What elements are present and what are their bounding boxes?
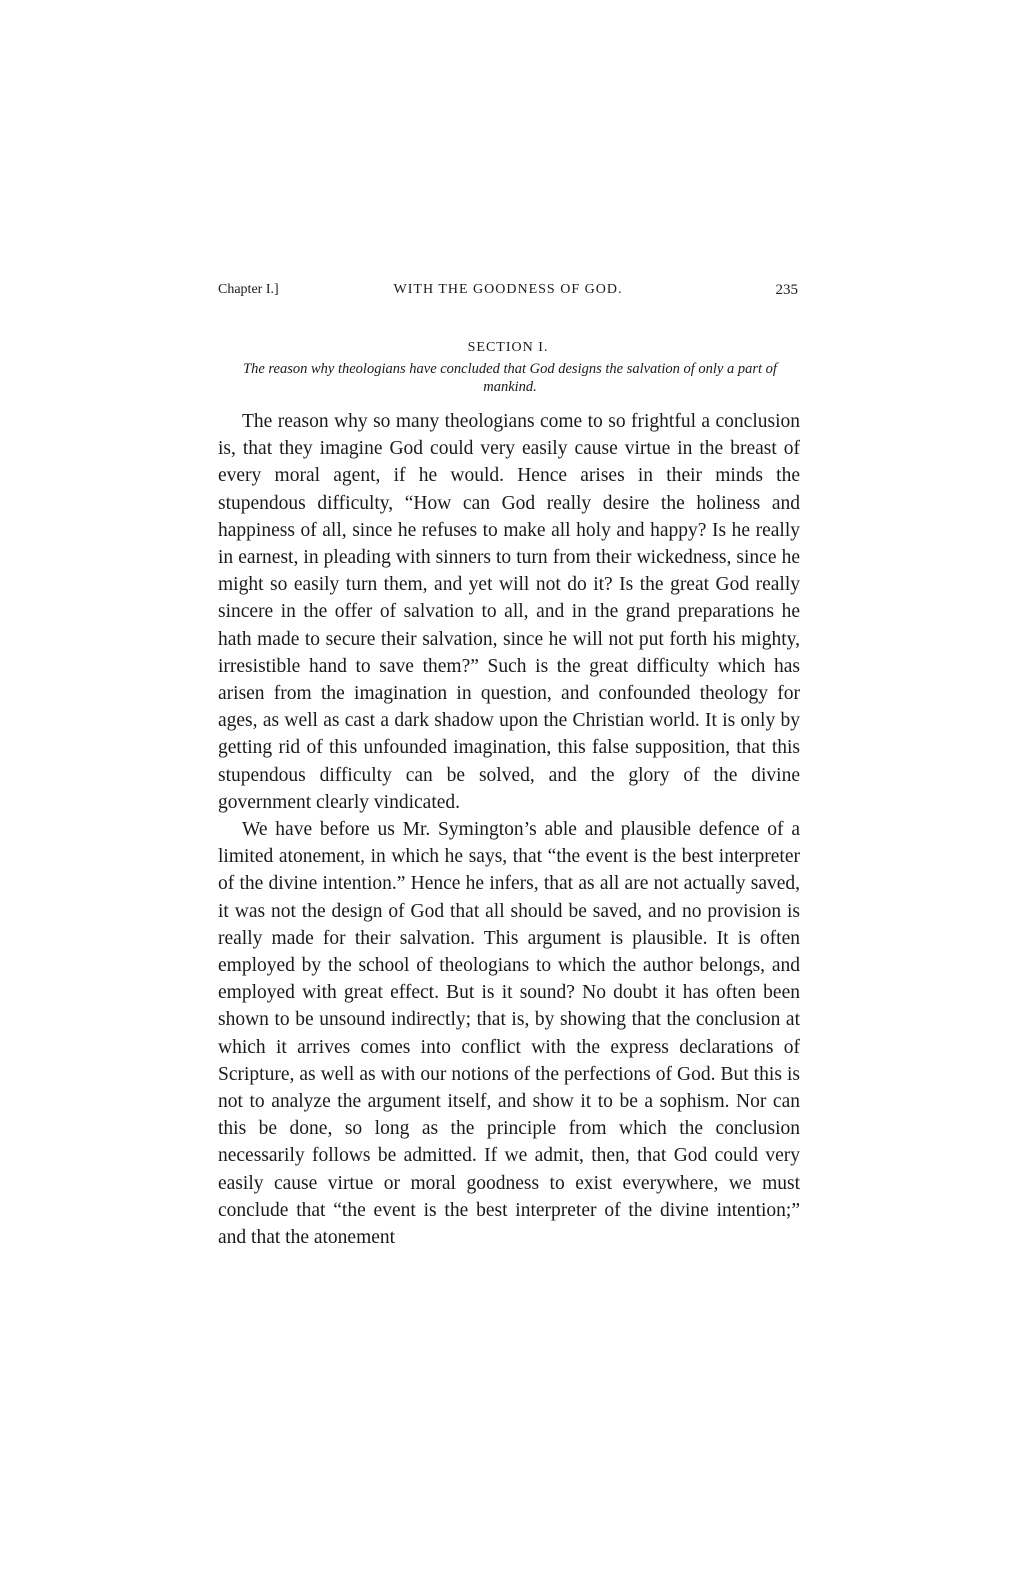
paragraph: The reason why so many theologians come … [218,408,800,816]
section-subtitle: The reason why theologians have conclude… [225,360,795,396]
page-number: 235 [776,282,799,299]
running-header: Chapter I.] WITH THE GOODNESS OF GOD. 23… [218,282,798,306]
section-title: SECTION I. [218,340,798,356]
body-text: The reason why so many theologians come … [218,408,800,1251]
paragraph: We have before us Mr. Symington’s able a… [218,816,800,1251]
running-title: WITH THE GOODNESS OF GOD. [218,282,798,298]
